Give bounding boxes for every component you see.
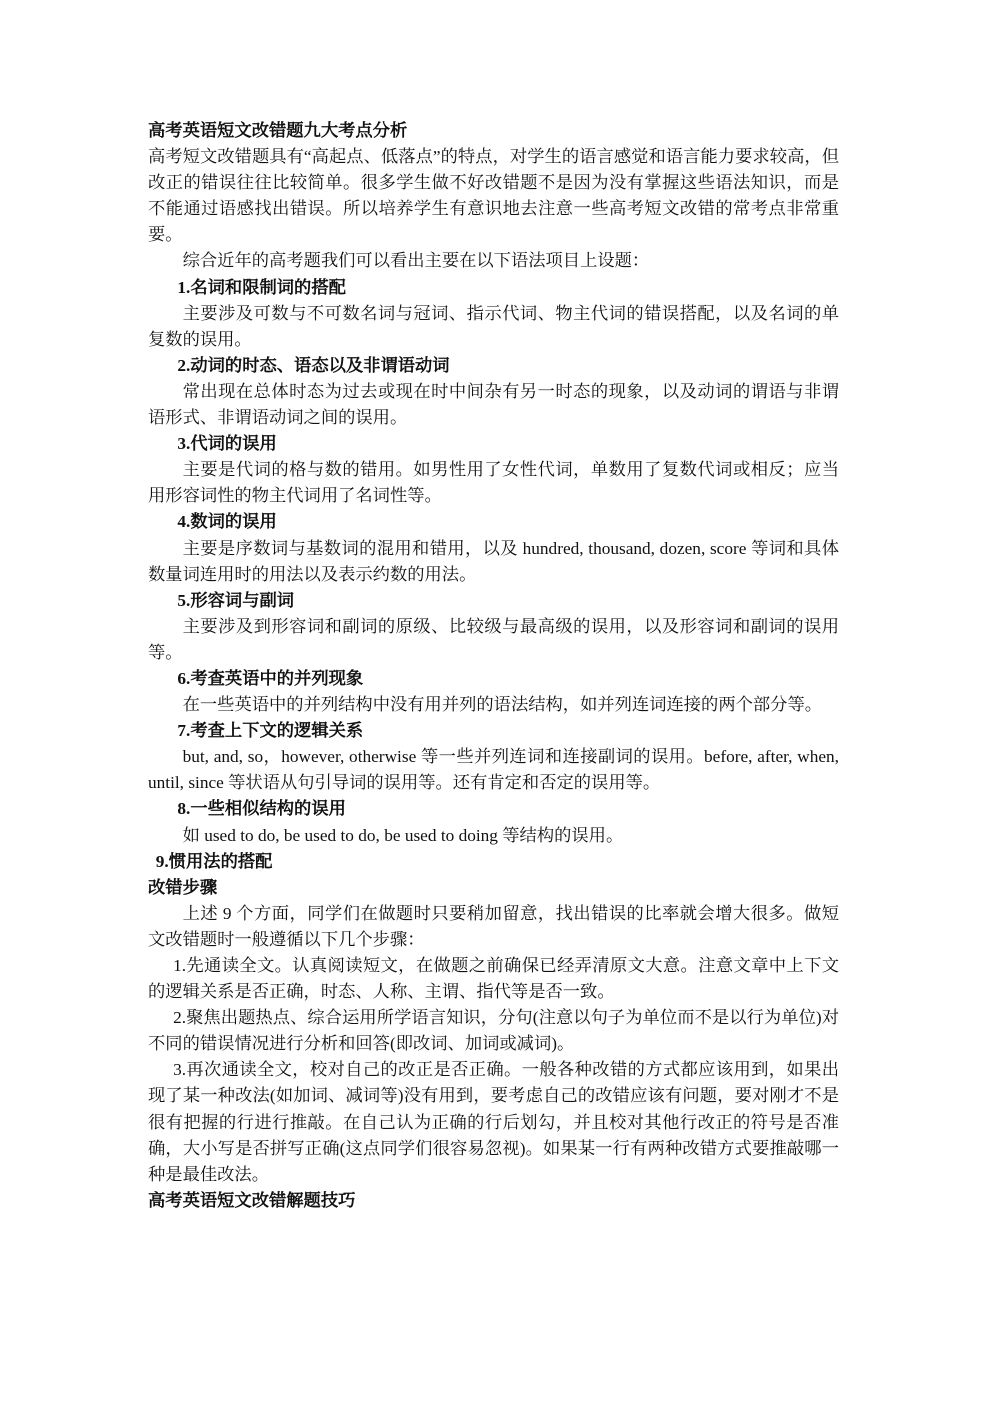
section-body-8: 如 used to do, be used to do, be used to … (148, 823, 839, 849)
section-heading-1: 1.名词和限制词的搭配 (148, 275, 839, 301)
section-heading-5: 5.形容词与副词 (148, 588, 839, 614)
section-body-5: 主要涉及到形容词和副词的原级、比较级与最高级的误用，以及形容词和副词的误用等。 (148, 614, 839, 666)
steps-intro-paragraph: 上述 9 个方面，同学们在做题时只要稍加留意，找出错误的比率就会增大很多。做短文… (148, 901, 839, 953)
step-2-paragraph: 2.聚焦出题热点、综合运用所学语言知识，分句(注意以句子为单位而不是以行为单位)… (148, 1005, 839, 1057)
section-body-2: 常出现在总体时态为过去或现在时中间杂有另一时态的现象，以及动词的谓语与非谓语形式… (148, 379, 839, 431)
section-heading-2: 2.动词的时态、语态以及非谓语动词 (148, 353, 839, 379)
section-body-4: 主要是序数词与基数词的混用和错用，以及 hundred, thousand, d… (148, 536, 839, 588)
step-1-paragraph: 1.先通读全文。认真阅读短文，在做题之前确保已经弄清原文大意。注意文章中上下文的… (148, 953, 839, 1005)
section-heading-9: 9.惯用法的搭配 (148, 849, 839, 875)
section-heading-3: 3.代词的误用 (148, 431, 839, 457)
section-body-6: 在一些英语中的并列结构中没有用并列的语法结构，如并列连词连接的两个部分等。 (148, 692, 839, 718)
page-title: 高考英语短文改错题九大考点分析 (148, 118, 839, 144)
step-3-paragraph: 3.再次通读全文，校对自己的改正是否正确。一般各种改错的方式都应该用到，如果出现… (148, 1057, 839, 1187)
section-heading-6: 6.考查英语中的并列现象 (148, 666, 839, 692)
section-heading-4: 4.数词的误用 (148, 509, 839, 535)
tips-title: 高考英语短文改错解题技巧 (148, 1188, 839, 1214)
section-heading-8: 8.一些相似结构的误用 (148, 796, 839, 822)
section-heading-7: 7.考查上下文的逻辑关系 (148, 718, 839, 744)
section-body-3: 主要是代词的格与数的错用。如男性用了女性代词，单数用了复数代词或相反；应当用形容… (148, 457, 839, 509)
section-body-7: but, and, so，however, otherwise 等一些并列连词和… (148, 744, 839, 796)
section-body-1: 主要涉及可数与不可数名词与冠词、指示代词、物主代词的错误搭配，以及名词的单复数的… (148, 301, 839, 353)
intro-paragraph: 高考短文改错题具有“高起点、低落点”的特点，对学生的语言感觉和语言能力要求较高，… (148, 144, 839, 248)
steps-title: 改错步骤 (148, 875, 839, 901)
document-page: 高考英语短文改错题九大考点分析 高考短文改错题具有“高起点、低落点”的特点，对学… (148, 118, 839, 1214)
lead-in-paragraph: 综合近年的高考题我们可以看出主要在以下语法项目上设题： (148, 248, 839, 274)
